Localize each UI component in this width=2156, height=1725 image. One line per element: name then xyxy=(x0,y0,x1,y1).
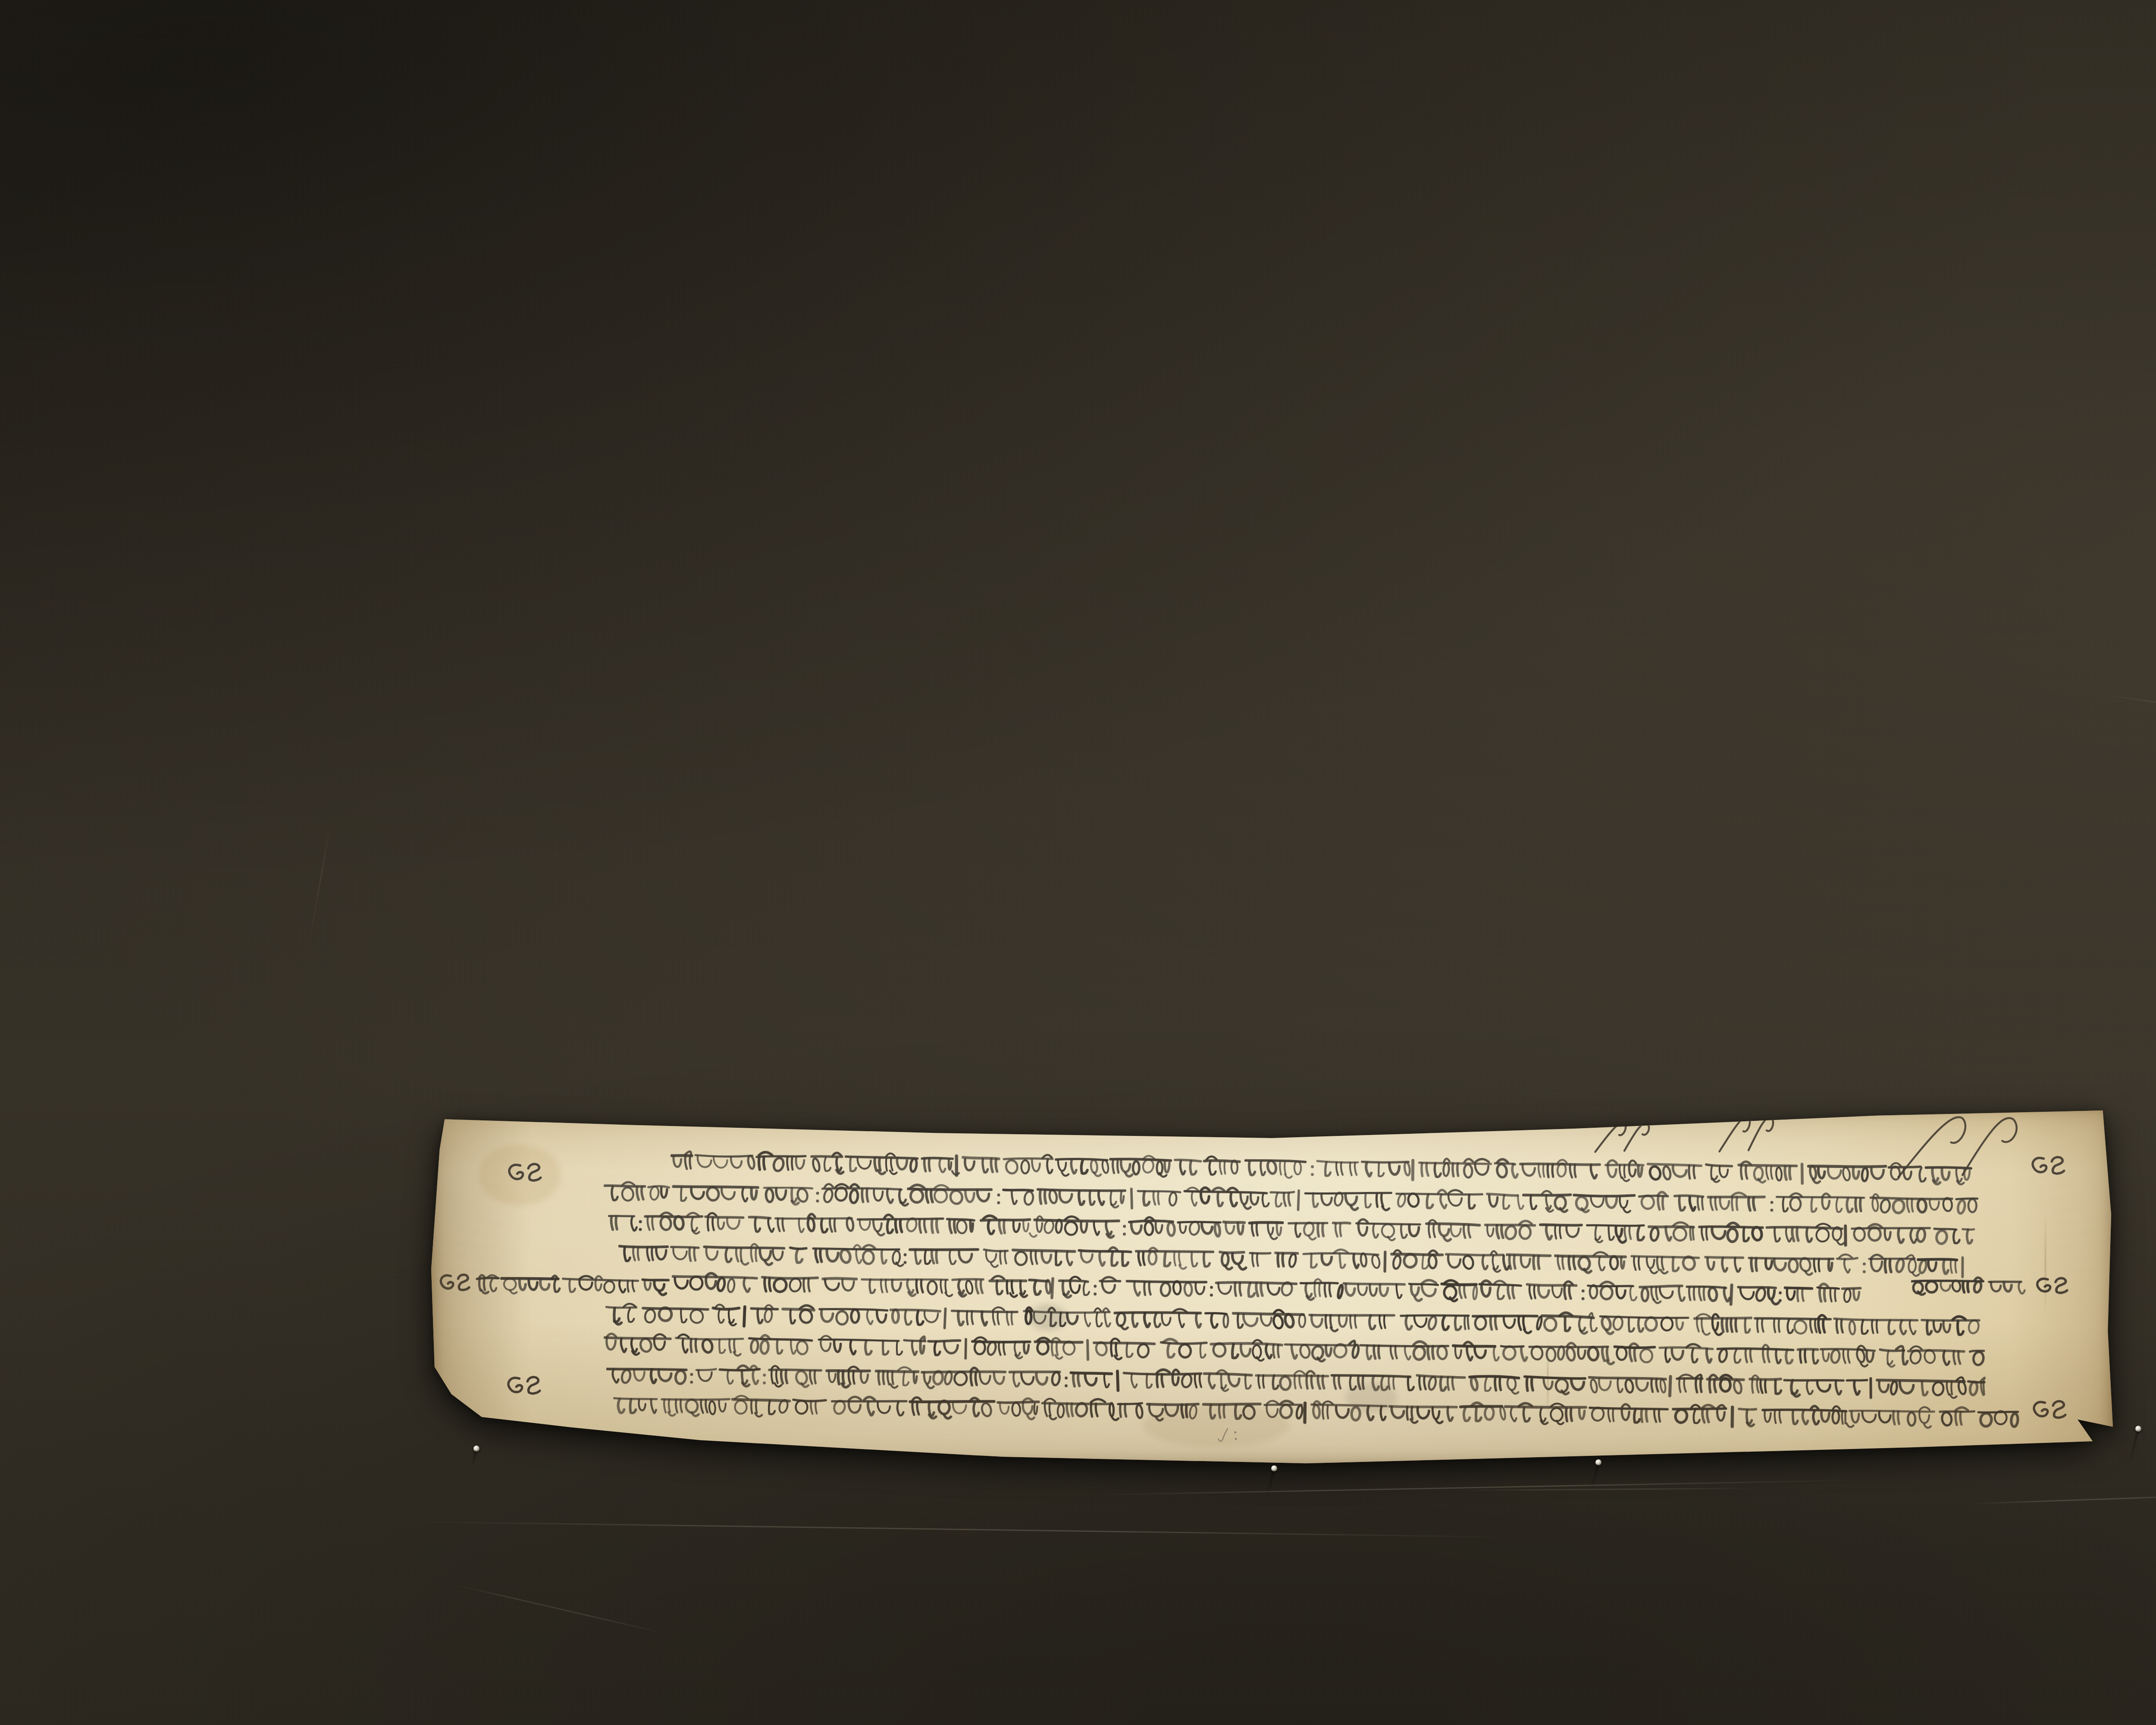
pencil-mark xyxy=(1216,1426,1244,1447)
scratch-mark xyxy=(1457,1488,1759,1491)
folio-number-left-bottom: ৫২ xyxy=(505,1374,542,1398)
folio-number-text: ৫২ xyxy=(505,1185,506,1185)
scratch-mark xyxy=(401,1521,1522,1538)
scratch-mark xyxy=(451,1584,670,1635)
line-transcription: জিনাস্কশতানস্তুটীপাণ্ডব:সবিরাজতে।ভীমসেনস… xyxy=(613,1418,614,1418)
push-pin xyxy=(2135,1426,2141,1432)
line-transcription: শিত:প্রত্যগ্রাহৃভীমসেন:প্রতাপবান্।তেত্তৃ… xyxy=(604,1357,604,1358)
scratch-mark xyxy=(308,820,332,948)
line-transcription: জ্যোতিবিন্দোমহারাজতত্রপুত্রেণধন্বিনা।ভীম… xyxy=(608,1236,608,1236)
push-pin xyxy=(1271,1465,1277,1471)
folio-number-canvas xyxy=(505,1161,542,1185)
scratch-mark xyxy=(1966,1494,2156,1505)
margin-note-canvas xyxy=(1911,1273,2071,1298)
push-pin xyxy=(1595,1459,1601,1465)
manuscript-page: মহারথ:।এবাকিরত্তবসুতন্তিষ্ঠ তিষ্ঠেতিচাব্… xyxy=(431,1106,2113,1468)
line-transcription: যমদণ্ডনিভৈ:শিতৈ:।সমাচ্ছন্নাধরাসর্বাঋক্ষং… xyxy=(604,1205,604,1206)
folio-number-right-top: ৫২ xyxy=(2029,1154,2066,1178)
scratch-mark xyxy=(2105,694,2156,721)
ink-flourish xyxy=(1716,1112,1781,1154)
paper-crease xyxy=(2045,1214,2046,1313)
folio-number-right-bottom: ৫২ xyxy=(2030,1399,2067,1422)
margin-note-text: অ:২৫শ্রী:৫২ xyxy=(1911,1297,1912,1297)
ink-flourish xyxy=(1891,1110,2034,1181)
margin-note-left-middle: ৫২শ্রীশ্রী:শন্য: xyxy=(437,1271,671,1298)
ink-flourish xyxy=(1592,1119,1657,1154)
ink-flourish-canvas xyxy=(1891,1110,2034,1181)
margin-note-text: ৫২শ্রীশ্রী:শন্য: xyxy=(437,1295,438,1296)
margin-note-canvas xyxy=(437,1271,671,1298)
line-transcription: সৈন্সিন্যেযমক্ষযং।বিরথন্তুসমানহ্যবিশিখৈর… xyxy=(618,1266,619,1267)
push-pin xyxy=(473,1446,479,1452)
line-transcription: হৃধামনূনাদযন্।তস্মিন্নিপতিতেবীরেতাবকাভযম… xyxy=(605,1327,606,1327)
folio-number-text: ৫২ xyxy=(505,1398,505,1398)
line-transcription: অশ্বাভ্যাদদত:ঋজাংশতচ্চন্দ্রপৃথগ্ভানুমহ।ক… xyxy=(672,1296,672,1297)
ink-flourish-canvas xyxy=(1592,1119,1657,1154)
folio-number-canvas xyxy=(505,1374,542,1398)
line-transcription: মহারথ:।এবাকিরত্তবসুতন্তিষ্ঠ তিষ্ঠেতিচাব্… xyxy=(671,1175,671,1175)
margin-note-right-middle: অ:২৫শ্রী:৫২ xyxy=(1911,1273,2071,1298)
line-transcription: সহস্রাক্ষইবাসুরান্।তত:পঞ্চশতান্হত্বাসবক্… xyxy=(606,1388,607,1388)
folio-number-text: ৫২ xyxy=(2030,1422,2031,1422)
folio-number-canvas xyxy=(2030,1399,2067,1422)
manuscript-photo: মহারথ:।এবাকিরত্তবসুতন্তিষ্ঠ তিষ্ঠেতিচাব্… xyxy=(431,1106,2113,1468)
folio-number-left-top: ৫২ xyxy=(505,1161,542,1185)
folio-number-canvas xyxy=(2029,1154,2066,1178)
pencil-mark-canvas xyxy=(1216,1426,1244,1447)
ink-flourish-canvas xyxy=(1716,1112,1781,1154)
